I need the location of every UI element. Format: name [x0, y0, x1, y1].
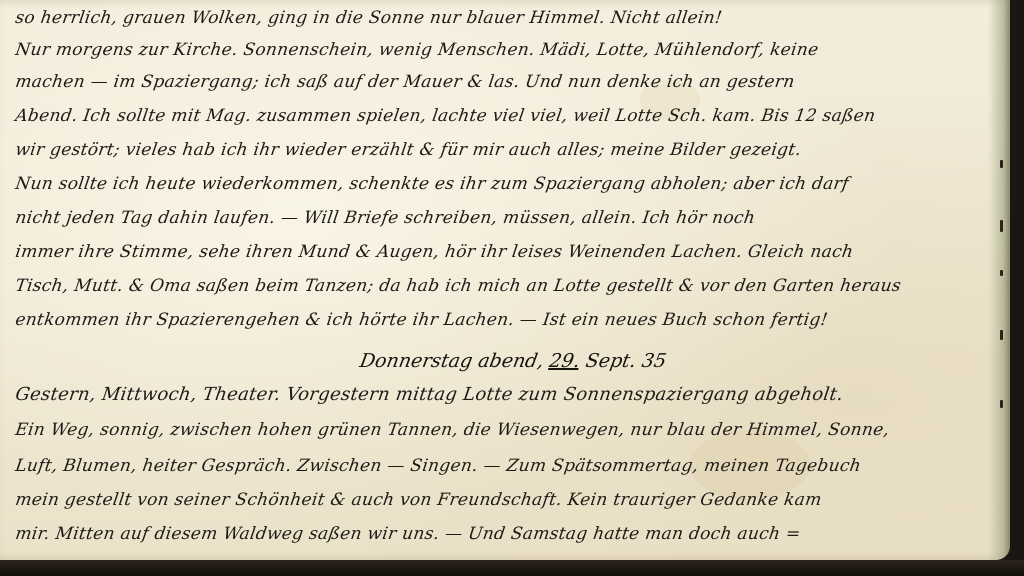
text-line: Gestern, Mittwoch, Theater. Vorgestern m… — [14, 384, 845, 405]
text-line: Nur morgens zur Kirche. Sonnenschein, we… — [14, 40, 820, 60]
text-line: Abend. Ich sollte mit Mag. zusammen spie… — [14, 106, 877, 126]
diary-page: so herrlich, grauen Wolken, ging in die … — [0, 0, 1010, 560]
entry-date-heading: Donnerstag abend, 29. Sept. 35 — [358, 350, 668, 372]
book-cover-shadow — [0, 560, 1024, 576]
page-edge — [988, 0, 1010, 560]
text-line: Tisch, Mutt. & Oma saßen beim Tanzen; da… — [14, 276, 902, 296]
text-line: Nun sollte ich heute wiederkommen, schen… — [14, 174, 850, 194]
binding-marks — [1000, 160, 1006, 460]
text-line: wir gestört; vieles hab ich ihr wieder e… — [14, 140, 803, 160]
text-line: Luft, Blumen, heiter Gespräch. Zwischen … — [14, 456, 862, 476]
text-line: mir. Mitten auf diesem Waldweg saßen wir… — [14, 524, 802, 544]
text-line: entkommen ihr Spazierengehen & ich hörte… — [14, 310, 829, 330]
text-line: immer ihre Stimme, sehe ihren Mund & Aug… — [14, 242, 855, 262]
text-line: Ein Weg, sonnig, zwischen hohen grünen T… — [14, 420, 891, 440]
date-day: 29. — [548, 350, 582, 372]
date-weekday: Donnerstag abend, — [358, 350, 545, 372]
text-line: machen — im Spaziergang; ich saß auf der… — [14, 72, 796, 92]
date-month-year: Sept. 35 — [584, 350, 668, 372]
text-line: mein gestellt von seiner Schönheit & auc… — [14, 490, 823, 510]
text-line: so herrlich, grauen Wolken, ging in die … — [14, 8, 724, 28]
text-line: nicht jeden Tag dahin laufen. — Will Bri… — [14, 208, 756, 228]
